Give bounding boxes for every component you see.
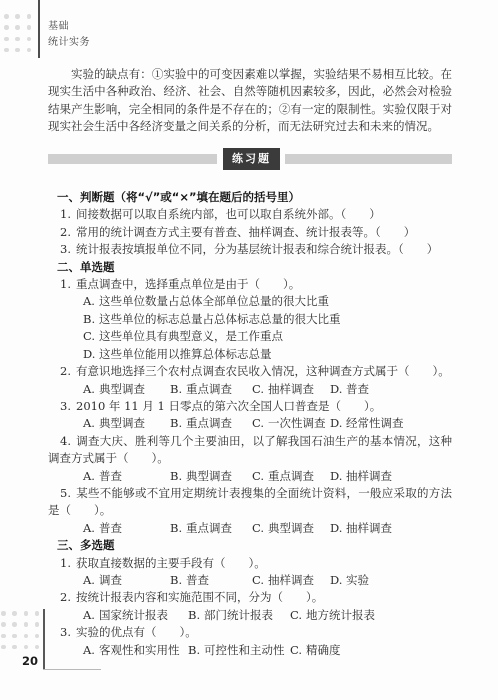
option-letter: D. [330, 415, 346, 432]
question-number: 3. [60, 241, 76, 258]
option-letter: B. [170, 520, 186, 537]
option-label: 普查 [99, 521, 122, 535]
option: A.国家统计报表 [83, 607, 188, 624]
option-label: 普查 [186, 573, 209, 587]
option-letter: D. [83, 346, 99, 363]
option: C.抽样调查 [252, 572, 330, 589]
question: 4.调查大庆、胜利等几个主要油田，以了解我国石油生产的基本情况，这种调查方式属于… [48, 433, 452, 468]
option-label: 抽样调查 [346, 469, 392, 483]
option-letter: C. [252, 381, 268, 398]
option-letter: C. [290, 642, 306, 659]
option-letter: A. [83, 607, 99, 624]
question-text: 有意识地选择三个农村点调查农民收入情况，这种调查方式属于（ ）。 [76, 364, 450, 378]
option-label: 这些单位的标志总量占总体标志总量的很大比重 [99, 312, 341, 326]
question-number: 1. [60, 206, 76, 223]
option-letter: A. [83, 642, 99, 659]
option: B.重点调查 [170, 381, 252, 398]
option-row: A.典型调查 B.重点调查 C.抽样调查 D.普查 [48, 381, 452, 398]
footer-corner-vertical-line [43, 609, 45, 670]
question-text: 统计报表按填报单位不同，分为基层统计报表和综合统计报表。（ ） [76, 242, 438, 256]
option-letter: C. [83, 328, 99, 345]
option: A.普查 [83, 468, 170, 485]
question-number: 3. [60, 398, 76, 415]
option-letter: D. [330, 520, 346, 537]
option-letter: A. [83, 520, 99, 537]
option-letter: A. [83, 415, 99, 432]
option-label: 精确度 [306, 643, 341, 657]
option: A.调查 [83, 572, 170, 589]
section-title-judge: 一、判断题（将“√”或“×”填在题后的括号里） [57, 189, 452, 206]
section-title-single-choice: 二、单选题 [57, 259, 452, 276]
option-label: 经常性调查 [346, 416, 404, 430]
option-label: 重点调查 [186, 416, 232, 430]
option-letter: B. [83, 311, 99, 328]
option-row: A.调查 B.普查 C.抽样调查 D.实验 [48, 572, 452, 589]
option: D.实验 [330, 572, 452, 589]
option: C.这些单位具有典型意义，是工作重点 [48, 328, 452, 345]
question-number: 2. [60, 363, 76, 380]
option-label: 部门统计报表 [204, 608, 273, 622]
question-text: 实验的优点有（ ）。 [76, 625, 197, 639]
option: D.这些单位能用以推算总体标志总量 [48, 346, 452, 363]
question-number: 4. [60, 433, 76, 450]
option-label: 这些单位能用以推算总体标志总量 [99, 347, 272, 361]
option-letter: D. [330, 572, 346, 589]
option-label: 抽样调查 [346, 521, 392, 535]
option: C.地方统计报表 [290, 607, 452, 624]
question: 5.某些不能够或不宜用定期统计表搜集的全面统计资料，一般应采取的方法是（ ）。 [48, 485, 452, 520]
question: 3.实验的优点有（ ）。 [48, 624, 452, 641]
option-row: A.客观性和实用性 B.可控性和主动性 C.精确度 [48, 642, 452, 659]
option-letter: C. [252, 468, 268, 485]
option-letter: C. [290, 607, 306, 624]
question-text: 2010 年 11 月 1 日零点的第六次全国人口普查是（ ）。 [76, 399, 381, 413]
question-text: 重点调查中，选择重点单位是由于（ ）。 [76, 277, 300, 291]
option-letter: B. [170, 415, 186, 432]
option: B.典型调查 [170, 468, 252, 485]
header-divider-line [38, 0, 40, 58]
option-label: 重点调查 [186, 521, 232, 535]
option-letter: C. [252, 520, 268, 537]
question: 3.2010 年 11 月 1 日零点的第六次全国人口普查是（ ）。 [48, 398, 452, 415]
textbook-page: 基础 统计实务 实验的缺点有：①实验中的可变因素难以掌握，实验结果不易相互比较。… [0, 0, 498, 700]
option-label: 抽样调查 [268, 382, 314, 396]
exercise-divider: 练习题 [48, 148, 452, 170]
option-label: 一次性调查 [268, 416, 326, 430]
option: D.经常性调查 [330, 415, 452, 432]
exercise-block: 一、判断题（将“√”或“×”填在题后的括号里） 1.间接数据可以取自系统内部，也… [48, 189, 452, 659]
book-header: 基础 统计实务 [48, 19, 90, 51]
question: 3.统计报表按填报单位不同，分为基层统计报表和综合统计报表。（ ） [48, 241, 452, 258]
option-letter: A. [83, 293, 99, 310]
option-label: 可控性和主动性 [204, 643, 285, 657]
question: 2.按统计报表内容和实施范围不同，分为（ ）。 [48, 589, 452, 606]
divider-bar-left [48, 154, 217, 164]
option-label: 地方统计报表 [306, 608, 375, 622]
option-label: 调查 [99, 573, 122, 587]
option-letter: B. [170, 381, 186, 398]
option-label: 这些单位具有典型意义，是工作重点 [99, 329, 283, 343]
option-label: 国家统计报表 [99, 608, 168, 622]
question-text: 调查大庆、胜利等几个主要油田，以了解我国石油生产的基本情况，这种调查方式属于（ … [48, 434, 452, 465]
option-label: 抽样调查 [268, 573, 314, 587]
option: B.可控性和主动性 [188, 642, 290, 659]
page-content: 实验的缺点有：①实验中的可变因素难以掌握，实验结果不易相互比较。在现实生活中各种… [0, 66, 498, 659]
option-label: 典型调查 [99, 382, 145, 396]
option: A.这些单位数量占总体全部单位总量的很大比重 [48, 293, 452, 310]
option-label: 重点调查 [268, 469, 314, 483]
dot-grid-icon [1, 611, 39, 649]
option-label: 实验 [346, 573, 369, 587]
option: C.抽样调查 [252, 381, 330, 398]
page-number: 20 [16, 654, 38, 668]
option-letter: C. [252, 415, 268, 432]
question-number: 5. [60, 485, 76, 502]
option-letter: A. [83, 381, 99, 398]
question-number: 1. [60, 276, 76, 293]
option-letter: B. [188, 642, 204, 659]
option: D.抽样调查 [330, 468, 452, 485]
question: 1.获取直接数据的主要手段有（ ）。 [48, 555, 452, 572]
option-label: 典型调查 [99, 416, 145, 430]
question-number: 3. [60, 624, 76, 641]
section-title-multi-choice: 三、多选题 [57, 537, 452, 554]
question-number: 2. [60, 589, 76, 606]
option-label: 典型调查 [186, 469, 232, 483]
intro-paragraph: 实验的缺点有：①实验中的可变因素难以掌握，实验结果不易相互比较。在现实生活中各种… [48, 66, 452, 136]
option-row: A.典型调查 B.重点调查 C.一次性调查 D.经常性调查 [48, 415, 452, 432]
option-label: 普查 [99, 469, 122, 483]
divider-bar-right [285, 154, 452, 164]
question-text: 获取直接数据的主要手段有（ ）。 [76, 556, 266, 570]
option-letter: A. [83, 572, 99, 589]
option-letter: A. [83, 468, 99, 485]
option-label: 这些单位数量占总体全部单位总量的很大比重 [99, 294, 329, 308]
option: A.典型调查 [83, 415, 170, 432]
option-label: 重点调查 [186, 382, 232, 396]
option-label: 典型调查 [268, 521, 314, 535]
question: 2.有意识地选择三个农村点调查农民收入情况，这种调查方式属于（ ）。 [48, 363, 452, 380]
option-letter: B. [188, 607, 204, 624]
option-label: 普查 [346, 382, 369, 396]
question-text: 常用的统计调查方式主要有普查、抽样调查、统计报表等。（ ） [76, 225, 415, 239]
exercise-divider-label: 练习题 [223, 148, 280, 170]
question-text: 某些不能够或不宜用定期统计表搜集的全面统计资料，一般应采取的方法是（ ）。 [48, 486, 452, 517]
question: 2.常用的统计调查方式主要有普查、抽样调查、统计报表等。（ ） [48, 224, 452, 241]
option-letter: C. [252, 572, 268, 589]
option: B.普查 [170, 572, 252, 589]
option-row: A.普查 B.典型调查 C.重点调查 D.抽样调查 [48, 468, 452, 485]
series-title: 基础 [48, 19, 90, 35]
question-number: 1. [60, 555, 76, 572]
option: C.精确度 [290, 642, 452, 659]
option: A.典型调查 [83, 381, 170, 398]
book-title: 统计实务 [48, 35, 90, 51]
question-text: 按统计报表内容和实施范围不同，分为（ ）。 [76, 590, 323, 604]
footer-corner-horizontal-line [43, 669, 101, 670]
option: A.普查 [83, 520, 170, 537]
option: B.重点调查 [170, 520, 252, 537]
option-letter: B. [170, 572, 186, 589]
dot-grid-icon [4, 14, 31, 52]
option-letter: B. [170, 468, 186, 485]
option-row: A.普查 B.重点调查 C.典型调查 D.抽样调查 [48, 520, 452, 537]
option: B.重点调查 [170, 415, 252, 432]
option: D.抽样调查 [330, 520, 452, 537]
option: C.典型调查 [252, 520, 330, 537]
option-letter: D. [330, 468, 346, 485]
question: 1.重点调查中，选择重点单位是由于（ ）。 [48, 276, 452, 293]
option: A.客观性和实用性 [83, 642, 188, 659]
option: D.普查 [330, 381, 452, 398]
option: C.重点调查 [252, 468, 330, 485]
option-row: A.国家统计报表 B.部门统计报表 C.地方统计报表 [48, 607, 452, 624]
option-label: 客观性和实用性 [99, 643, 180, 657]
question: 1.间接数据可以取自系统内部，也可以取自系统外部。（ ） [48, 206, 452, 223]
question-text: 间接数据可以取自系统内部，也可以取自系统外部。（ ） [76, 207, 381, 221]
option-letter: D. [330, 381, 346, 398]
question-number: 2. [60, 224, 76, 241]
option: B.这些单位的标志总量占总体标志总量的很大比重 [48, 311, 452, 328]
option: C.一次性调查 [252, 415, 330, 432]
option: B.部门统计报表 [188, 607, 290, 624]
